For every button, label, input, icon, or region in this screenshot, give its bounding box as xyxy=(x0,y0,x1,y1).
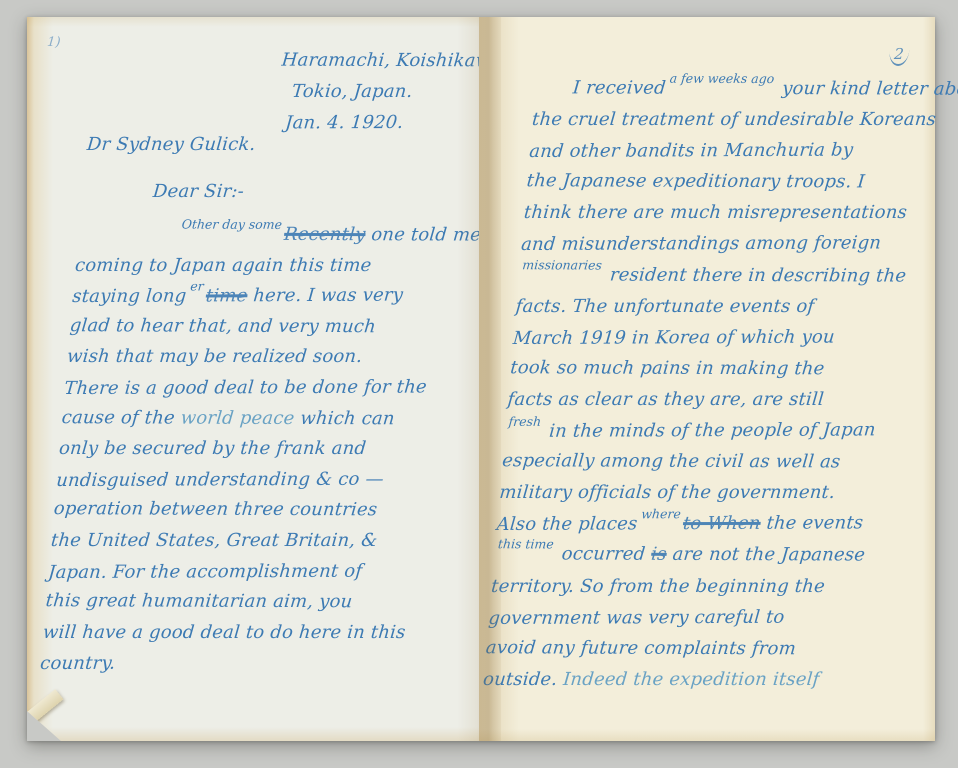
text-segment: avoid any future complaints from xyxy=(485,637,797,659)
text-segment: which can xyxy=(294,408,396,429)
text-segment: the events xyxy=(760,513,864,534)
text-segment: I received xyxy=(572,77,667,98)
text-segment: There is a good deal to be done for the xyxy=(63,376,427,399)
handwritten-line: Japan. For the accomplishment of xyxy=(47,555,529,588)
struck-out-text: Recently xyxy=(283,224,366,245)
text-segment: will have a good deal to do here in this xyxy=(42,622,406,643)
handwritten-line: and misunderstandings among foreign xyxy=(520,227,958,260)
struck-out-text: to When xyxy=(682,513,761,534)
text-segment: and other bandits in Manchuria by xyxy=(528,140,854,162)
text-segment: coming to Japan again this time xyxy=(74,255,372,276)
page-number: 2 xyxy=(888,45,910,66)
text-segment: only be secured by the frank and xyxy=(58,438,367,459)
heading-date-line: Jan. 4. 1920. xyxy=(275,107,504,139)
handwritten-line: There is a good deal to be done for the xyxy=(63,372,545,405)
handwritten-line: only be secured by the frank and xyxy=(58,434,540,465)
handwritten-line: fresh in the minds of the people of Japa… xyxy=(504,414,958,447)
inserted-above-line-text: this time xyxy=(497,537,554,552)
handwritten-line: country. xyxy=(39,647,521,680)
handwritten-line: the cruel treatment of undesirable Korea… xyxy=(531,104,958,135)
handwritten-line: undisguised understanding & co — xyxy=(55,464,537,497)
handwritten-line: operation between three countries xyxy=(52,495,534,527)
text-segment: undisguised understanding & co — xyxy=(55,468,384,490)
text-segment: occurred xyxy=(555,544,652,565)
text-segment: especially among the civil as well as xyxy=(501,450,841,472)
text-segment: military officials of the government. xyxy=(499,482,836,503)
inserted-above-line-text: Other day some xyxy=(181,217,283,232)
text-segment: country. xyxy=(39,653,116,674)
text-segment: cause of the xyxy=(61,407,182,428)
handwritten-line: will have a good deal to do here in this xyxy=(42,618,524,649)
text-segment: world peace xyxy=(180,407,296,428)
text-segment: facts. The unfortunate events of xyxy=(515,296,815,317)
heading-address-line-1: Haramachi, Koishikawa, xyxy=(280,45,509,77)
salutation-line: Dear Sir:- xyxy=(152,181,245,202)
text-segment: here. I was very xyxy=(247,285,404,307)
handwritten-line: think there are much misrepresentations xyxy=(523,197,958,228)
text-segment: and misunderstandings among foreign xyxy=(520,233,882,256)
handwritten-line: territory. So from the beginning the xyxy=(490,571,945,602)
recipient-line: Dr Sydney Gulick. xyxy=(86,134,256,155)
text-segment: this great humanitarian aim, you xyxy=(45,590,354,612)
text-segment: glad to hear that, and very much xyxy=(69,315,377,337)
handwritten-line: military officials of the government. xyxy=(498,477,953,508)
letter-body-right: I receiveda few weeks ago your kind lett… xyxy=(482,73,958,695)
text-segment: March 1919 in Korea of which you xyxy=(512,326,836,348)
text-segment: Indeed the expedition itself xyxy=(562,669,820,690)
handwritten-line: this great humanitarian aim, you xyxy=(44,586,526,618)
heading-address-line-2: Tokio, Japan. xyxy=(278,76,507,107)
text-segment: facts as clear as they are, are still xyxy=(507,389,825,410)
inserted-above-line-text: where xyxy=(641,506,682,521)
text-segment: took so much pains in making the xyxy=(509,357,825,379)
text-segment: resident there in describing the xyxy=(603,264,907,286)
dog-ear-fold xyxy=(15,689,64,732)
text-segment: the Japanese expeditionary troops. I xyxy=(526,170,866,192)
handwritten-line: and other bandits in Manchuria by xyxy=(528,134,958,167)
handwritten-line: avoid any future complaints from xyxy=(485,632,940,665)
handwritten-line: facts as clear as they are, are still xyxy=(506,384,958,415)
handwritten-line: I receiveda few weeks ago your kind lett… xyxy=(533,72,958,105)
handwritten-line: Also the placeswhereto When the events xyxy=(495,507,950,540)
text-segment: Japan. For the accomplishment of xyxy=(47,560,363,582)
handwritten-line: the United States, Great Britain, & xyxy=(50,526,532,557)
text-segment: think there are much misrepresentations xyxy=(523,202,908,223)
inserted-above-line-text: a few weeks ago xyxy=(669,71,775,86)
handwritten-line: government was very careful to xyxy=(487,601,942,634)
text-segment: the United States, Great Britain, & xyxy=(50,530,378,551)
text-segment: outside. xyxy=(482,669,564,690)
text-segment: Also the places xyxy=(496,514,639,536)
text-segment: staying long xyxy=(71,286,187,307)
handwritten-line: took so much pains in making the xyxy=(509,352,958,385)
inserted-above-line-text: fresh xyxy=(508,414,542,429)
inserted-above-line-text: er xyxy=(190,279,205,294)
page-number-value: 2 xyxy=(888,45,910,66)
text-segment: your kind letter about xyxy=(775,78,958,100)
text-segment: are not the Japanese xyxy=(666,544,866,566)
text-segment: territory. So from the beginning the xyxy=(490,576,825,597)
text-segment: in the minds of the people of Japan xyxy=(542,419,876,441)
text-segment: operation between three countries xyxy=(53,499,378,521)
handwritten-line: March 1919 in Korea of which you xyxy=(512,321,958,354)
struck-out-text: time xyxy=(205,285,248,306)
struck-out-text: is xyxy=(650,544,667,565)
handwritten-line: wish that may be realized soon. xyxy=(66,342,548,373)
handwritten-line: facts. The unfortunate events of xyxy=(514,291,958,322)
handwritten-line: outside. Indeed the expedition itself xyxy=(482,664,937,695)
handwritten-line: the Japanese expeditionary troops. I xyxy=(525,165,958,198)
inserted-above-line-text: missionaries xyxy=(522,257,603,272)
text-segment: wish that may be realized soon. xyxy=(66,346,363,367)
letter-page-left: 1) Haramachi, Koishikawa, Tokio, Japan. … xyxy=(27,17,479,741)
letter-heading: Haramachi, Koishikawa, Tokio, Japan. Jan… xyxy=(275,45,510,138)
handwritten-line: especially among the civil as well as xyxy=(501,445,956,478)
letter-sheet: 1) Haramachi, Koishikawa, Tokio, Japan. … xyxy=(27,17,935,741)
text-segment: the cruel treatment of undesirable Korea… xyxy=(531,109,937,130)
handwritten-line: this time occurred is are not the Japane… xyxy=(493,539,948,572)
letter-page-right: 2 I receiveda few weeks ago your kind le… xyxy=(479,17,935,741)
handwritten-line: glad to hear that, and very much xyxy=(68,311,550,343)
text-segment: government was very careful to xyxy=(488,606,786,628)
corner-note: 1) xyxy=(46,35,61,50)
handwritten-line: missionaries resident there in describin… xyxy=(517,259,958,292)
handwritten-line: cause of the world peace which can xyxy=(60,403,542,435)
